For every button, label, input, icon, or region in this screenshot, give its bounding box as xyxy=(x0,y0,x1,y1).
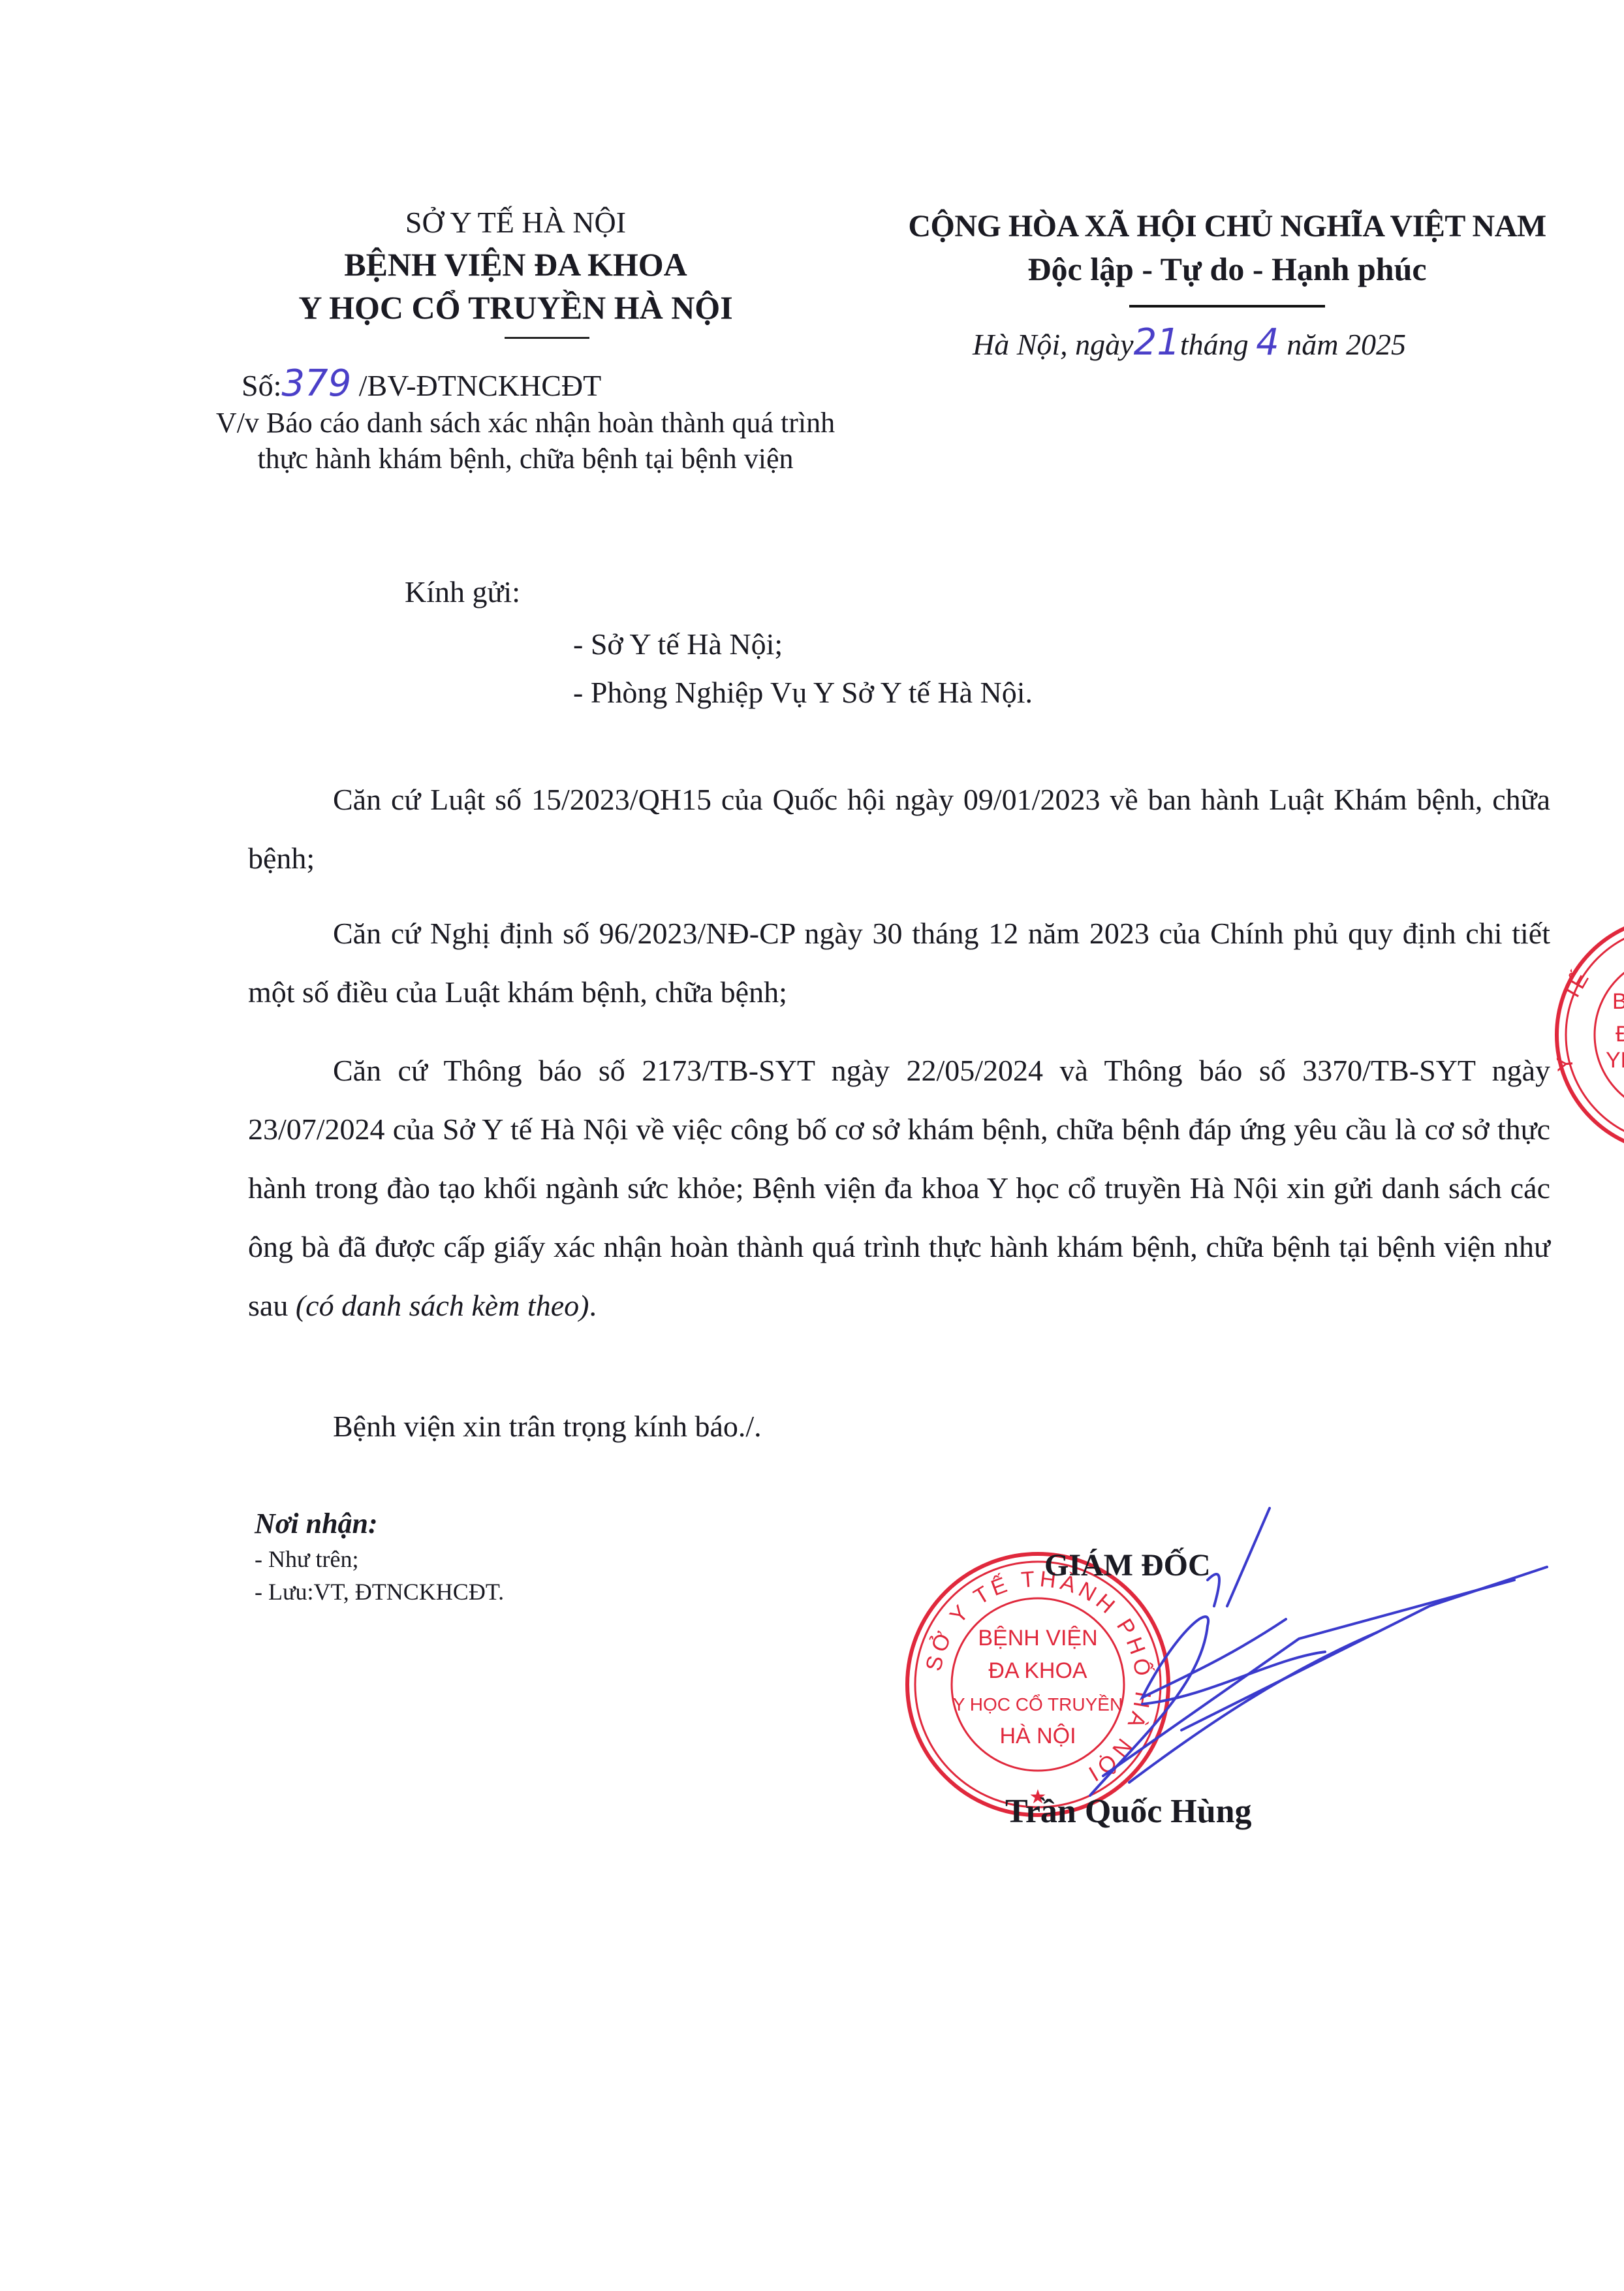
svg-text:B: B xyxy=(1612,989,1624,1014)
recipient-list: - Sở Y tế Hà Nội; - Phòng Nghiệp Vụ Y Sở… xyxy=(573,620,1033,717)
body-paragraph-2: Căn cứ Nghị định số 96/2023/NĐ-CP ngày 3… xyxy=(248,904,1550,1022)
svg-text:Y: Y xyxy=(1552,1056,1578,1073)
parent-agency: SỞ Y TẾ HÀ NỘI xyxy=(248,202,783,243)
motto-divider xyxy=(1129,305,1325,308)
recipient-item: - Sở Y tế Hà Nội; xyxy=(573,620,1033,669)
svg-text:YH: YH xyxy=(1606,1048,1624,1073)
recipient-item: - Phòng Nghiệp Vụ Y Sở Y tế Hà Nội. xyxy=(573,669,1033,717)
national-motto: Độc lập - Tự do - Hạnh phúc xyxy=(868,247,1586,291)
date-prefix: Hà Nội, ngày xyxy=(973,328,1134,361)
body-paragraph-1: Căn cứ Luật số 15/2023/QH15 của Quốc hội… xyxy=(248,770,1550,888)
distribution-title: Nơi nhận: xyxy=(255,1505,504,1543)
attachment-note: (có danh sách kèm theo) xyxy=(296,1289,589,1322)
body-paragraph-3: Căn cứ Thông báo số 2173/TB-SYT ngày 22/… xyxy=(248,1041,1550,1335)
national-title: CỘNG HÒA XÃ HỘI CHỦ NGHĨA VIỆT NAM xyxy=(868,206,1586,247)
header-divider xyxy=(505,337,589,339)
paragraph-end: . xyxy=(589,1289,597,1322)
addressee-label: Kính gửi: xyxy=(405,575,520,609)
closing-paragraph: Bệnh viện xin trân trọng kính báo./. xyxy=(248,1397,1550,1456)
distribution-list: Nơi nhận: - Như trên; - Lưu:VT, ĐTNCKHCĐ… xyxy=(255,1505,504,1608)
body-paragraph-3-text: Căn cứ Thông báo số 2173/TB-SYT ngày 22/… xyxy=(248,1054,1550,1322)
document-date: Hà Nội, ngày21tháng 4 năm 2025 xyxy=(973,321,1406,364)
date-month: 4 xyxy=(1256,321,1279,364)
document-subject: V/v Báo cáo danh sách xác nhận hoàn thàn… xyxy=(202,405,849,477)
hospital-name-line1: BỆNH VIỆN ĐA KHOA xyxy=(248,243,783,286)
date-year: năm 2025 xyxy=(1287,328,1406,361)
document-number: Số:379 /BV-ĐTNCKHCĐT xyxy=(242,362,601,405)
issuing-agency-header: SỞ Y TẾ HÀ NỘI BỆNH VIỆN ĐA KHOA Y HỌC C… xyxy=(248,202,783,339)
doc-number-value: 379 xyxy=(281,362,351,405)
svg-text:Đ: Đ xyxy=(1616,1022,1624,1047)
national-header: CỘNG HÒA XÃ HỘI CHỦ NGHĨA VIỆT NAM Độc l… xyxy=(868,206,1586,308)
signer-name: Trần Quốc Hùng xyxy=(1005,1792,1252,1831)
date-day: 21 xyxy=(1134,321,1180,364)
date-month-label: tháng xyxy=(1180,328,1249,361)
handwritten-signature-icon xyxy=(1012,1489,1567,1815)
distribution-item: - Lưu:VT, ĐTNCKHCĐT. xyxy=(255,1575,504,1608)
doc-number-suffix: /BV-ĐTNCKHCĐT xyxy=(351,369,601,402)
hospital-name-line2: Y HỌC CỔ TRUYỀN HÀ NỘI xyxy=(248,286,783,329)
page-edge-seal-icon: B Đ YH TẾ Y xyxy=(1544,911,1624,1159)
doc-number-label: Số: xyxy=(242,369,281,402)
distribution-item: - Như trên; xyxy=(255,1543,504,1575)
